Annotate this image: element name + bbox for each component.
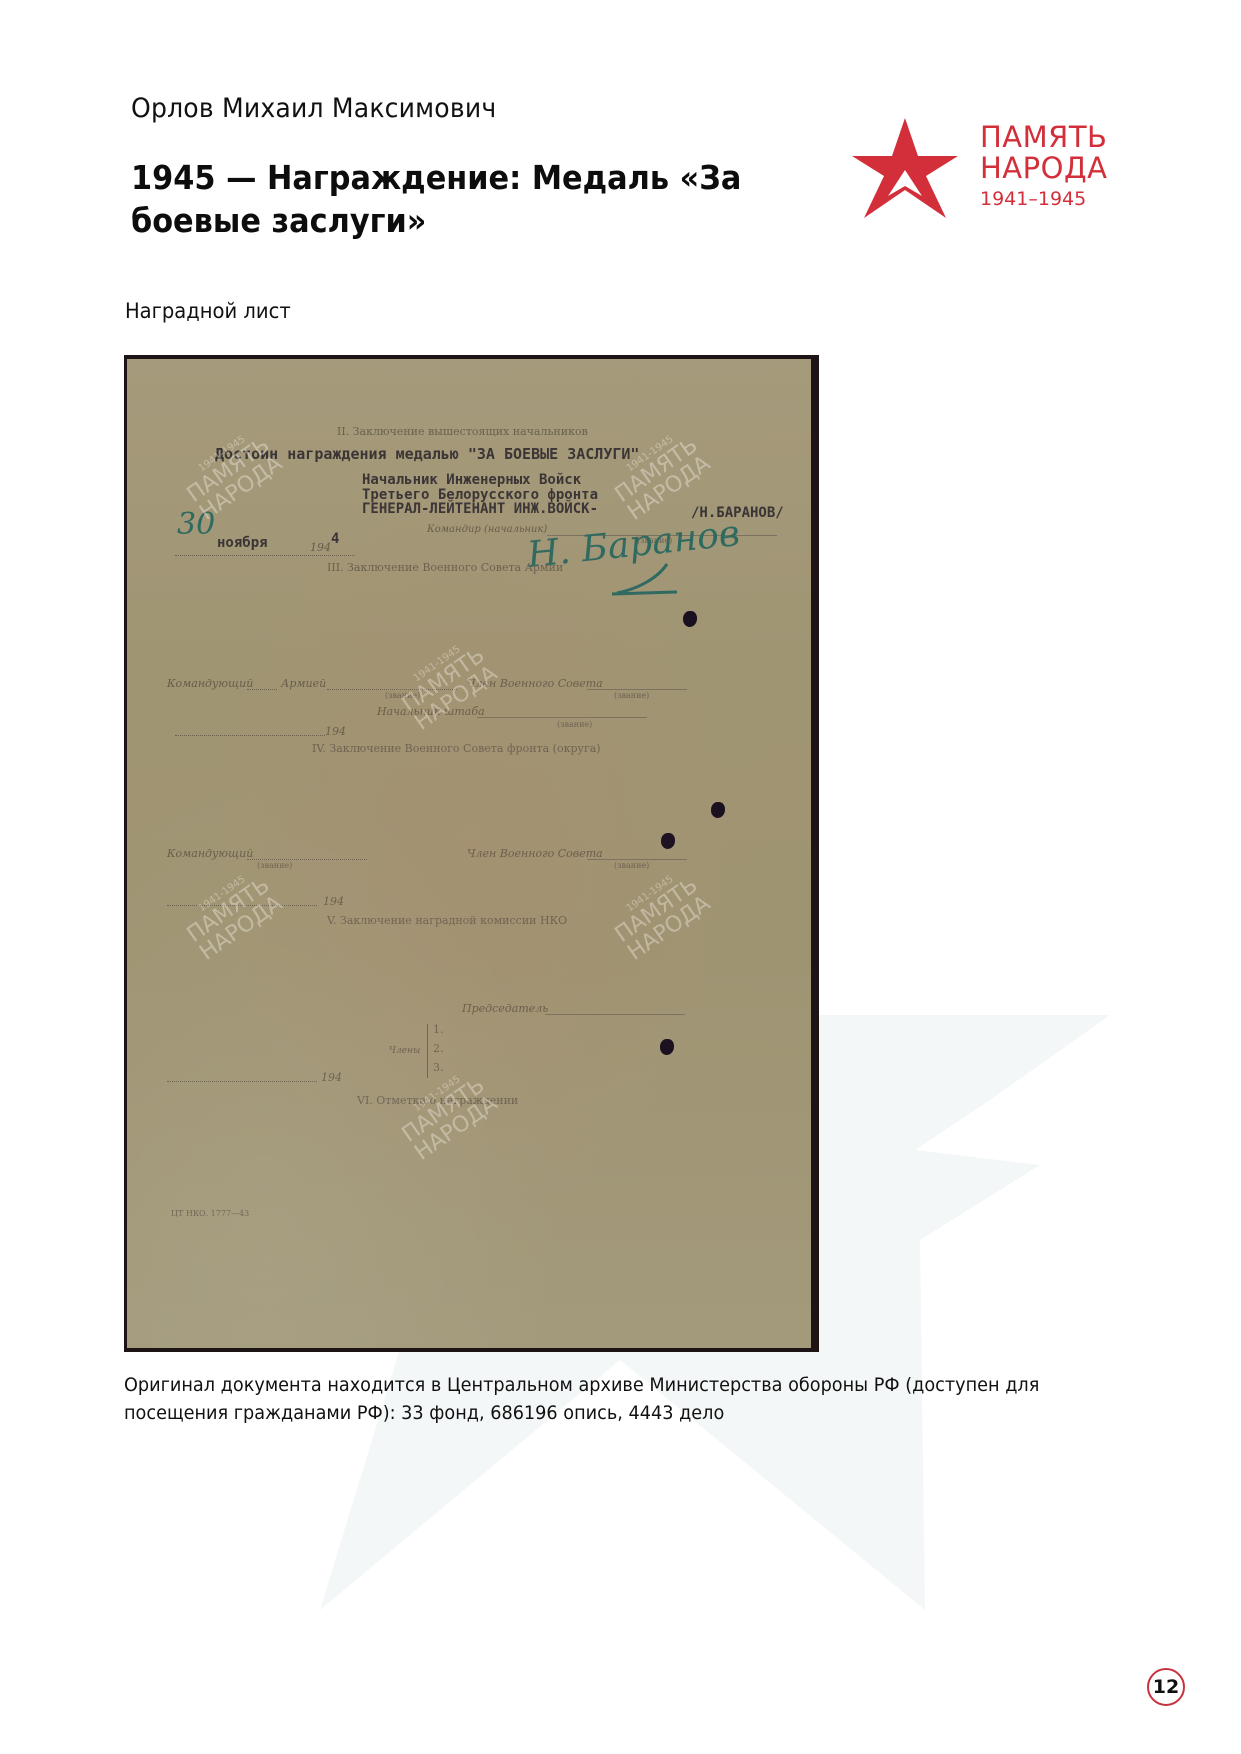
year-blank: 194 bbox=[321, 1071, 342, 1084]
pamyat-naroda-watermark: 1941-1945ПАМЯТЬНАРОДА bbox=[605, 865, 714, 965]
date-year-suffix: 4 bbox=[331, 531, 339, 547]
date-line bbox=[175, 555, 355, 556]
blank-line bbox=[247, 689, 277, 690]
logo-text-line1: ПАМЯТЬ bbox=[980, 122, 1107, 153]
year-blank: 194 bbox=[325, 725, 346, 738]
rank-label: (звание) bbox=[257, 861, 292, 870]
archive-source-caption: Оригинал документа находится в Центральн… bbox=[124, 1371, 1054, 1427]
blank-line bbox=[587, 689, 687, 690]
army-label: Армией bbox=[281, 677, 326, 690]
front-council-member-label: Член Военного Совета bbox=[467, 847, 603, 860]
pamyat-naroda-logo: ПАМЯТЬ НАРОДА 1941–1945 bbox=[852, 112, 1152, 222]
award-title: 1945 — Награждение: Медаль «За боевые за… bbox=[131, 156, 775, 242]
members-bracket bbox=[427, 1024, 428, 1078]
member-number-2: 2. bbox=[433, 1042, 444, 1055]
logo-years: 1941–1945 bbox=[980, 186, 1107, 212]
front-commander-label: Командующий bbox=[167, 847, 253, 860]
page-number-badge: 12 bbox=[1147, 1668, 1185, 1706]
commander-label: Командир (начальник) bbox=[427, 524, 547, 535]
section-2-heading: II. Заключение вышестоящих начальников bbox=[337, 425, 588, 438]
blank-line bbox=[587, 859, 687, 860]
blank-line bbox=[247, 859, 367, 860]
date-blank-line bbox=[167, 1081, 317, 1082]
rank-label: (звание) bbox=[614, 861, 649, 870]
red-star-icon bbox=[852, 118, 958, 218]
logo-text-line2: НАРОДА bbox=[980, 153, 1107, 184]
date-blank-line bbox=[175, 735, 325, 736]
typed-position-line-3: ГЕНЕРАЛ-ЛЕЙТЕНАНТ ИНЖ.ВОЙСК- bbox=[362, 501, 598, 517]
blank-line bbox=[477, 717, 647, 718]
blank-line bbox=[545, 1014, 685, 1015]
pamyat-naroda-watermark: 1941-1945ПАМЯТЬНАРОДА bbox=[177, 865, 286, 965]
year-blank: 194 bbox=[323, 895, 344, 908]
person-name: Орлов Михаил Максимович bbox=[131, 93, 496, 124]
print-code: ЦТ НКО. 1777—43 bbox=[171, 1209, 249, 1218]
member-number-3: 3. bbox=[433, 1061, 444, 1074]
section-4-heading: IV. Заключение Военного Совета фронта (о… bbox=[312, 742, 601, 755]
punch-hole bbox=[661, 833, 675, 849]
typed-position-line-1: Начальник Инженерных Войск bbox=[362, 472, 581, 488]
award-sheet-scan: II. Заключение вышестоящих начальников Д… bbox=[124, 355, 819, 1352]
signature-flourish bbox=[607, 559, 687, 599]
pamyat-naroda-watermark: 1941-1945ПАМЯТЬНАРОДА bbox=[392, 635, 501, 735]
punch-hole bbox=[711, 802, 725, 818]
army-commander-label: Командующий bbox=[167, 677, 253, 690]
scan-paper: II. Заключение вышестоящих начальников Д… bbox=[127, 359, 811, 1348]
punch-hole bbox=[660, 1039, 674, 1055]
member-number-1: 1. bbox=[433, 1023, 444, 1036]
members-label: Члены bbox=[389, 1046, 420, 1056]
date-year-prefix: 194 bbox=[310, 541, 331, 554]
rank-label: (звание) bbox=[557, 720, 592, 729]
chairman-label: Председатель bbox=[462, 1002, 548, 1015]
rank-label: (звание) bbox=[614, 691, 649, 700]
section-3-heading: III. Заключение Военного Совета Армии bbox=[327, 561, 563, 574]
section-5-heading: V. Заключение наградной комиссии НКО bbox=[327, 914, 567, 927]
document-type-label: Наградной лист bbox=[125, 299, 291, 323]
date-month: ноября bbox=[217, 535, 268, 551]
pamyat-naroda-watermark: 1941-1945ПАМЯТЬНАРОДА bbox=[392, 1065, 501, 1165]
punch-hole bbox=[683, 611, 697, 627]
